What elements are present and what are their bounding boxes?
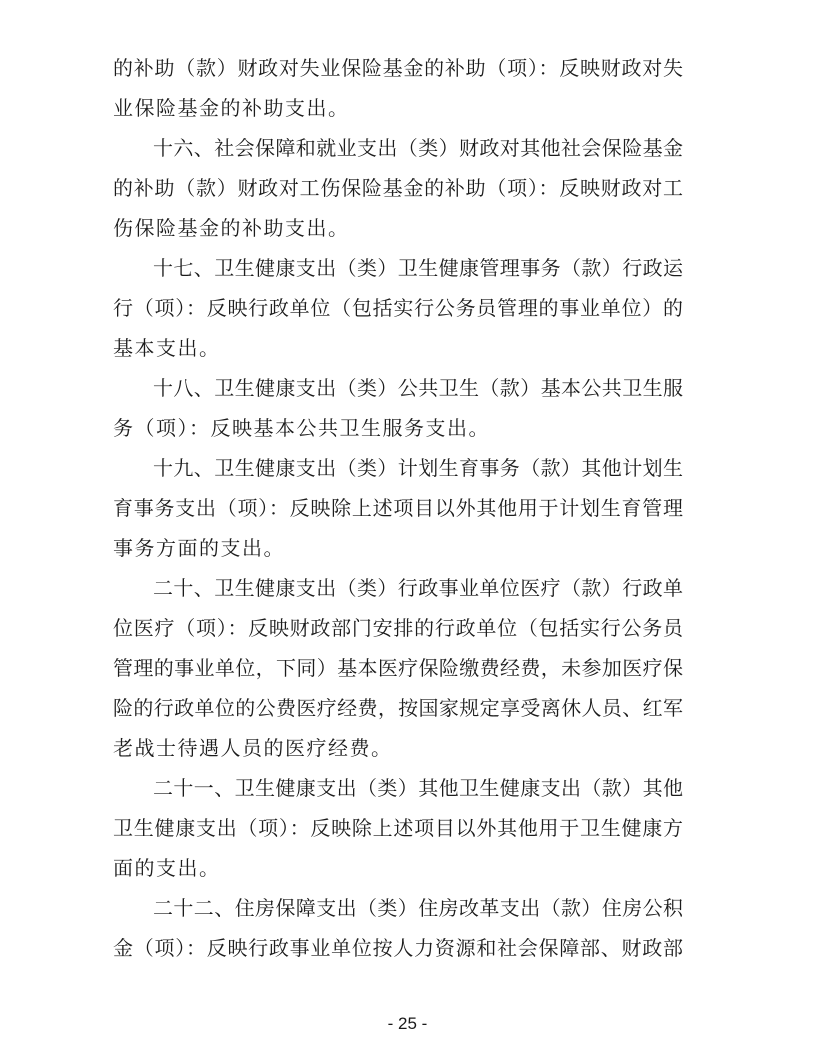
document-line: 的补助（款）财政对失业保险基金的补助（项）：反映财政对失 (113, 49, 683, 89)
document-line: 基本支出。 (113, 329, 683, 369)
document-line: 伤保险基金的补助支出。 (113, 209, 683, 249)
document-line: 十八、卫生健康支出（类）公共卫生（款）基本公共卫生服 (113, 369, 683, 409)
document-line: 险的行政单位的公费医疗经费，按国家规定享受离休人员、红军 (113, 689, 683, 729)
document-line: 金（项）：反映行政事业单位按人力资源和社会保障部、财政部 (113, 929, 683, 969)
document-line: 行（项）：反映行政单位（包括实行公务员管理的事业单位）的 (113, 289, 683, 329)
document-line: 二十一、卫生健康支出（类）其他卫生健康支出（款）其他 (113, 769, 683, 809)
page-body: 的补助（款）财政对失业保险基金的补助（项）：反映财政对失 业保险基金的补助支出。… (113, 49, 683, 969)
document-line: 务（项）：反映基本公共卫生服务支出。 (113, 409, 683, 449)
document-line: 十六、社会保障和就业支出（类）财政对其他社会保险基金 (113, 129, 683, 169)
document-line: 二十二、住房保障支出（类）住房改革支出（款）住房公积 (113, 889, 683, 929)
document-line: 二十、卫生健康支出（类）行政事业单位医疗（款）行政单 (113, 569, 683, 609)
document-line: 的补助（款）财政对工伤保险基金的补助（项）：反映财政对工 (113, 169, 683, 209)
page-number: - 25 - (0, 1012, 815, 1036)
document-line: 面的支出。 (113, 849, 683, 889)
document-page: 的补助（款）财政对失业保险基金的补助（项）：反映财政对失 业保险基金的补助支出。… (0, 0, 815, 1055)
document-line: 位医疗（项）：反映财政部门安排的行政单位（包括实行公务员 (113, 609, 683, 649)
document-line: 育事务支出（项）：反映除上述项目以外其他用于计划生育管理 (113, 489, 683, 529)
document-line: 卫生健康支出（项）：反映除上述项目以外其他用于卫生健康方 (113, 809, 683, 849)
document-line: 管理的事业单位，下同）基本医疗保险缴费经费，未参加医疗保 (113, 649, 683, 689)
document-line: 事务方面的支出。 (113, 529, 683, 569)
document-line: 十九、卫生健康支出（类）计划生育事务（款）其他计划生 (113, 449, 683, 489)
document-line: 十七、卫生健康支出（类）卫生健康管理事务（款）行政运 (113, 249, 683, 289)
document-line: 业保险基金的补助支出。 (113, 89, 683, 129)
document-line: 老战士待遇人员的医疗经费。 (113, 729, 683, 769)
